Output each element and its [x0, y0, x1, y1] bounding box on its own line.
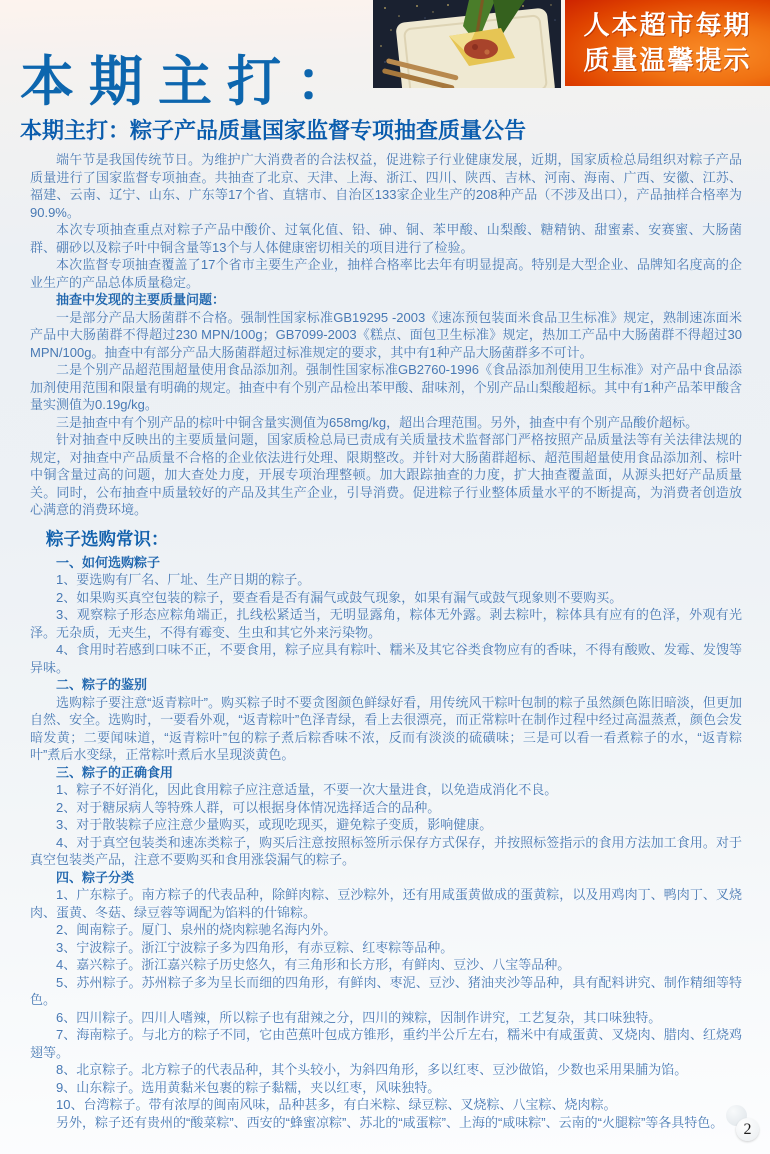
- section-title-how-to-buy: 一、如何选购粽子: [30, 554, 742, 572]
- article-body: 端午节是我国传统节日。为维护广大消费者的合法权益，促进粽子行业健康发展，近期，国…: [30, 151, 742, 1131]
- list-item: 4、对于真空包装类和速冻类粽子，购买后注意按照标签所示保存方式保存，并按照标签指…: [30, 834, 742, 869]
- list-item: 3、宁波粽子。浙江宁波粽子多为四角形，有赤豆粽、红枣粽等品种。: [30, 939, 742, 957]
- list-item: 2、对于糖尿病人等特殊人群，可以根据身体情况选择适合的品种。: [30, 799, 742, 817]
- list-item: 7、海南粽子。与北方的粽子不同，它由芭蕉叶包成方锥形，重约半公斤左右，糯米中有咸…: [30, 1026, 742, 1061]
- issue-item: 二是个别产品超范围超量使用食品添加剂。强制性国家标准GB2760-1996《食品…: [30, 361, 742, 414]
- quality-tips-banner: 人本超市每期 质量温馨提示: [565, 0, 770, 86]
- zongzi-photo-illustration: [373, 0, 561, 88]
- intro-paragraph: 本次监督专项抽查覆盖了17个省市主要生产企业，抽样合格率比去年有明显提高。特别是…: [30, 256, 742, 291]
- newsletter-page: 人本超市每期 质量温馨提示 本期主打： 本期主打：粽子产品质量国家监督专项抽查质…: [0, 0, 770, 1154]
- banner-line-1: 人本超市每期: [583, 8, 751, 43]
- intro-paragraph: 端午节是我国传统节日。为维护广大消费者的合法权益，促进粽子行业健康发展，近期，国…: [30, 151, 742, 221]
- issue-item: 一是部分产品大肠菌群不合格。强制性国家标准GB19295 -2003《速冻预包装…: [30, 309, 742, 362]
- list-item: 5、苏州粽子。苏州粽子多为呈长而细的四角形，有鲜肉、枣泥、豆沙、猪油夹沙等品种，…: [30, 974, 742, 1009]
- section-title-proper-eating: 三、粽子的正确食用: [30, 764, 742, 782]
- page-number: 2: [744, 1121, 752, 1139]
- list-item: 选购粽子要注意“返青粽叶”。购买粽子时不要贪图颜色鲜绿好看，用传统风干粽叶包制的…: [30, 694, 742, 764]
- issues-heading: 抽查中发现的主要质量问题：: [30, 291, 742, 309]
- list-item: 9、山东粽子。选用黄黏米包裹的粽子黏糯，夹以红枣，风味独特。: [30, 1079, 742, 1097]
- list-item: 1、要选购有厂名、厂址、生产日期的粽子。: [30, 571, 742, 589]
- knowledge-heading: 粽子选购常识：: [46, 528, 742, 550]
- list-item: 2、如果购买真空包装的粽子，要查看是否有漏气或鼓气现象，如果有漏气或鼓气现象则不…: [30, 589, 742, 607]
- issue-item: 三是抽查中有个别产品的棕叶中铜含量实测值为658mg/kg，超出合理范围。另外，…: [30, 414, 742, 432]
- page-number-ornament: 2: [724, 1105, 764, 1147]
- article-subtitle: 本期主打：粽子产品质量国家监督专项抽查质量公告: [20, 118, 526, 144]
- list-item: 2、闽南粽子。厦门、泉州的烧肉粽驰名海内外。: [30, 921, 742, 939]
- page-number-circle: 2: [736, 1118, 759, 1141]
- banner-line-2: 质量温馨提示: [583, 43, 751, 78]
- list-item: 6、四川粽子。四川人嗜辣，所以粽子也有甜辣之分，四川的辣粽，因制作讲究，工艺复杂…: [30, 1009, 742, 1027]
- list-item: 10、台湾粽子。带有浓厚的闽南风味，品种甚多，有白米粽、绿豆粽、叉烧粽、八宝粽、…: [30, 1096, 742, 1114]
- list-item: 3、对于散装粽子应注意少量购买，或现吃现买，避免粽子变质，影响健康。: [30, 816, 742, 834]
- zongzi-photo: [373, 0, 561, 88]
- list-item: 1、粽子不好消化，因此食用粽子应注意适量，不要一次大量进食，以免造成消化不良。: [30, 781, 742, 799]
- section-title-identification: 二、粽子的鉴别: [30, 676, 742, 694]
- closing-paragraph: 另外，粽子还有贵州的“酸菜粽”、西安的“蜂蜜凉粽”、苏北的“咸蛋粽”、上海的“咸…: [30, 1114, 742, 1132]
- list-item: 1、广东粽子。南方粽子的代表品种，除鲜肉粽、豆沙粽外，还有用咸蛋黄做成的蛋黄粽，…: [30, 886, 742, 921]
- list-item: 3、观察粽子形态应粽角端正，扎线松紧适当，无明显露角，粽体无外露。剥去粽叶，粽体…: [30, 606, 742, 641]
- section-title-categories: 四、粽子分类: [30, 869, 742, 887]
- list-item: 4、嘉兴粽子。浙江嘉兴粽子历史悠久，有三角形和长方形，有鲜肉、豆沙、八宝等品种。: [30, 956, 742, 974]
- issue-item: 针对抽查中反映出的主要质量问题，国家质检总局已责成有关质量技术监督部门严格按照产…: [30, 431, 742, 519]
- list-item: 8、北京粽子。北方粽子的代表品种，其个头较小，为斜四角形，多以红枣、豆沙做馅，少…: [30, 1061, 742, 1079]
- page-title: 本期主打：: [20, 50, 365, 114]
- intro-paragraph: 本次专项抽查重点对粽子产品中酸价、过氧化值、铅、砷、铜、苯甲酸、山梨酸、糖精钠、…: [30, 221, 742, 256]
- list-item: 4、食用时若感到口味不正，不要食用，粽子应具有粽叶、糯米及其它谷类食物应有的香味…: [30, 641, 742, 676]
